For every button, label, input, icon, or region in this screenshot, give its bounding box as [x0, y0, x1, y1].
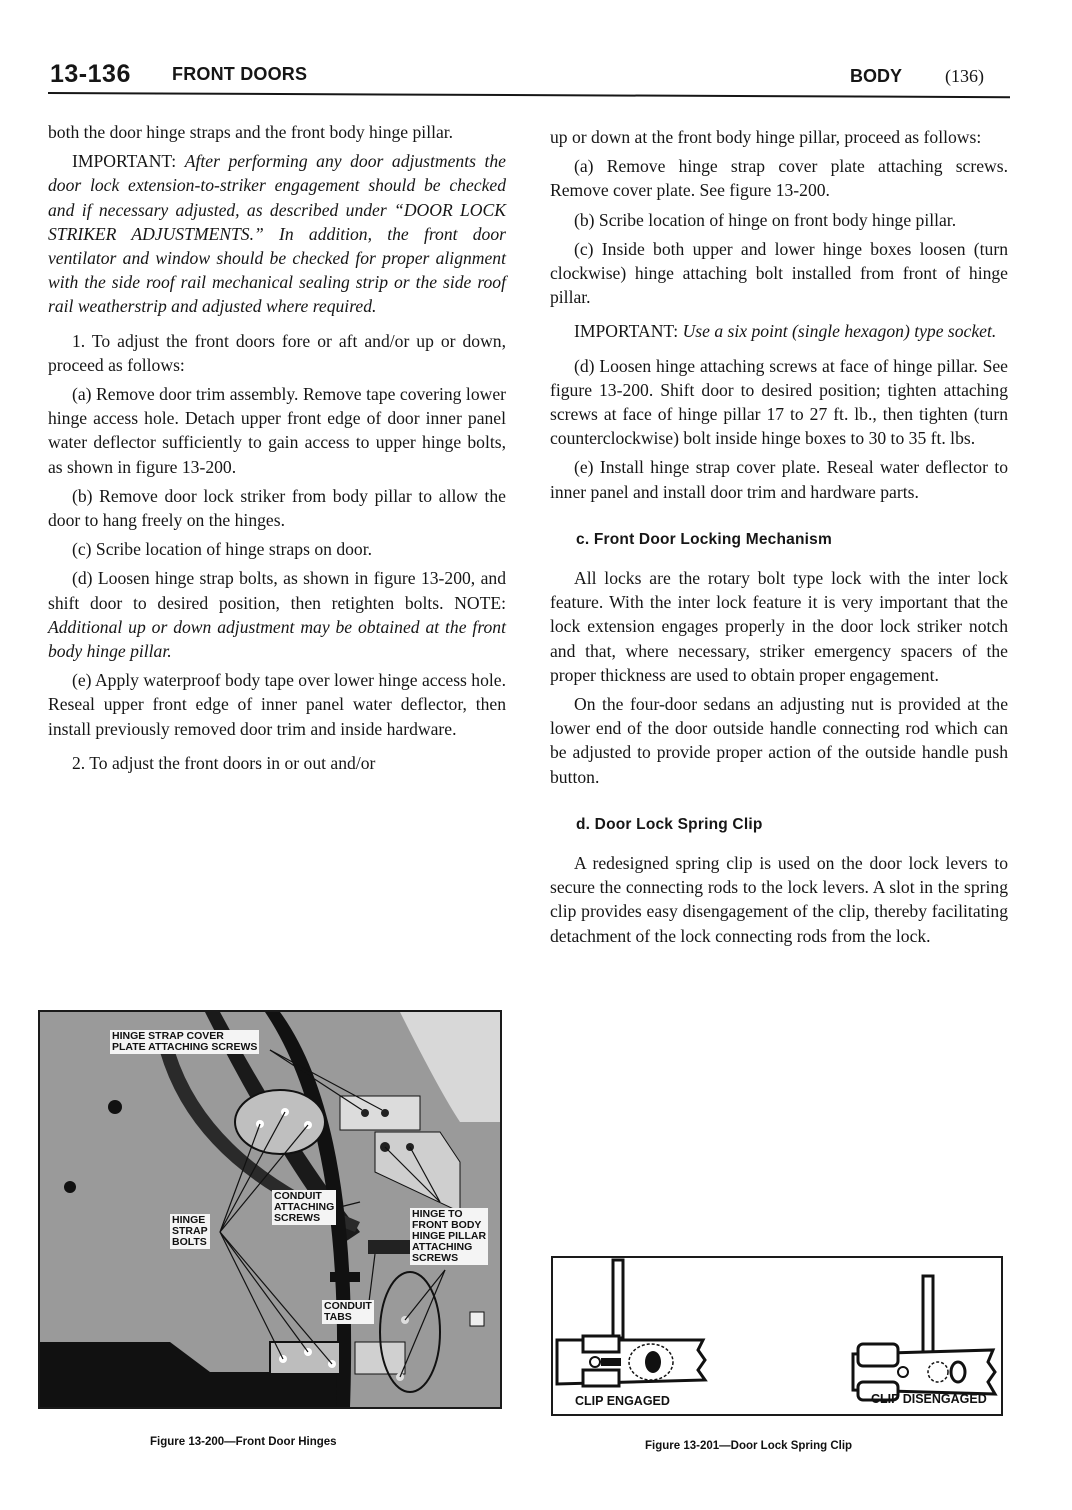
step-1d: (d) Loosen hinge strap bolts, as shown i… [48, 566, 506, 663]
paragraph: All locks are the rotary bolt type lock … [550, 566, 1008, 687]
step-1a: (a) Remove door trim assembly. Remove ta… [48, 382, 506, 479]
paragraph: A redesigned spring clip is used on the … [550, 851, 1008, 948]
label-hinge-strap-bolts: HINGE STRAP BOLTS [170, 1214, 210, 1249]
label-conduit-tabs: CONDUIT TABS [322, 1300, 374, 1324]
important-label: IMPORTANT: [72, 151, 176, 171]
step-1: 1. To adjust the front doors fore or aft… [48, 329, 506, 377]
step-2b: (b) Scribe location of hinge on front bo… [550, 208, 1008, 232]
chapter-title: BODY [850, 66, 902, 87]
step-1e: (e) Apply waterproof body tape over lowe… [48, 668, 506, 741]
label-hinge-pillar-screws: HINGE TO FRONT BODY HINGE PILLAR ATTACHI… [410, 1208, 488, 1265]
page-number: (136) [945, 66, 984, 87]
step-1b: (b) Remove door lock striker from body p… [48, 484, 506, 532]
important-label: IMPORTANT: [574, 321, 678, 341]
note-label: NOTE: [454, 593, 506, 613]
paragraph: both the door hinge straps and the front… [48, 120, 506, 144]
figure-200-caption: Figure 13-200—Front Door Hinges [150, 1436, 337, 1448]
important-note: IMPORTANT: After performing any door adj… [48, 149, 506, 318]
label-clip-disengaged: CLIP DISENGAGED [871, 1392, 987, 1406]
figure-front-door-hinges: HINGE STRAP COVER PLATE ATTACHING SCREWS… [38, 1010, 502, 1409]
section-heading-d: d. Door Lock Spring Clip [550, 813, 1008, 837]
paragraph: up or down at the front body hinge pilla… [550, 125, 1008, 149]
section-heading-c: c. Front Door Locking Mechanism [550, 528, 1008, 552]
header-rule [48, 92, 1010, 98]
step-1c: (c) Scribe location of hinge straps on d… [48, 537, 506, 561]
important-note: IMPORTANT: Use a six point (single hexag… [550, 319, 1008, 343]
step-2a: (a) Remove hinge strap cover plate attac… [550, 154, 1008, 202]
left-column: both the door hinge straps and the front… [48, 120, 506, 780]
note-text: Additional up or down adjustment may be … [48, 617, 506, 661]
step-2d: (d) Loosen hinge attaching screws at fac… [550, 354, 1008, 451]
page-label: 13-136 [50, 60, 131, 89]
label-cover-plate-screws: HINGE STRAP COVER PLATE ATTACHING SCREWS [110, 1030, 259, 1054]
step-2c: (c) Inside both upper and lower hinge bo… [550, 237, 1008, 310]
spring-clip-illustration [553, 1258, 1001, 1414]
step-1d-text: (d) Loosen hinge strap bolts, as shown i… [48, 568, 506, 612]
important-text: Use a six point (single hexagon) type so… [683, 321, 997, 341]
section-title: FRONT DOORS [172, 64, 307, 85]
step-2e: (e) Install hinge strap cover plate. Res… [550, 455, 1008, 503]
paragraph: On the four-door sedans an adjusting nut… [550, 692, 1008, 789]
right-column: up or down at the front body hinge pilla… [550, 125, 1008, 953]
label-conduit-attaching-screws: CONDUIT ATTACHING SCREWS [272, 1190, 336, 1225]
page-header: 13-136 FRONT DOORS BODY (136) [48, 56, 1010, 100]
figure-door-lock-spring-clip: CLIP ENGAGED CLIP DISENGAGED [551, 1256, 1003, 1416]
step-2: 2. To adjust the front doors in or out a… [48, 751, 506, 775]
label-clip-engaged: CLIP ENGAGED [575, 1394, 670, 1408]
figure-201-caption: Figure 13-201—Door Lock Spring Clip [645, 1440, 852, 1452]
important-text: After performing any door adjustments th… [48, 151, 506, 316]
